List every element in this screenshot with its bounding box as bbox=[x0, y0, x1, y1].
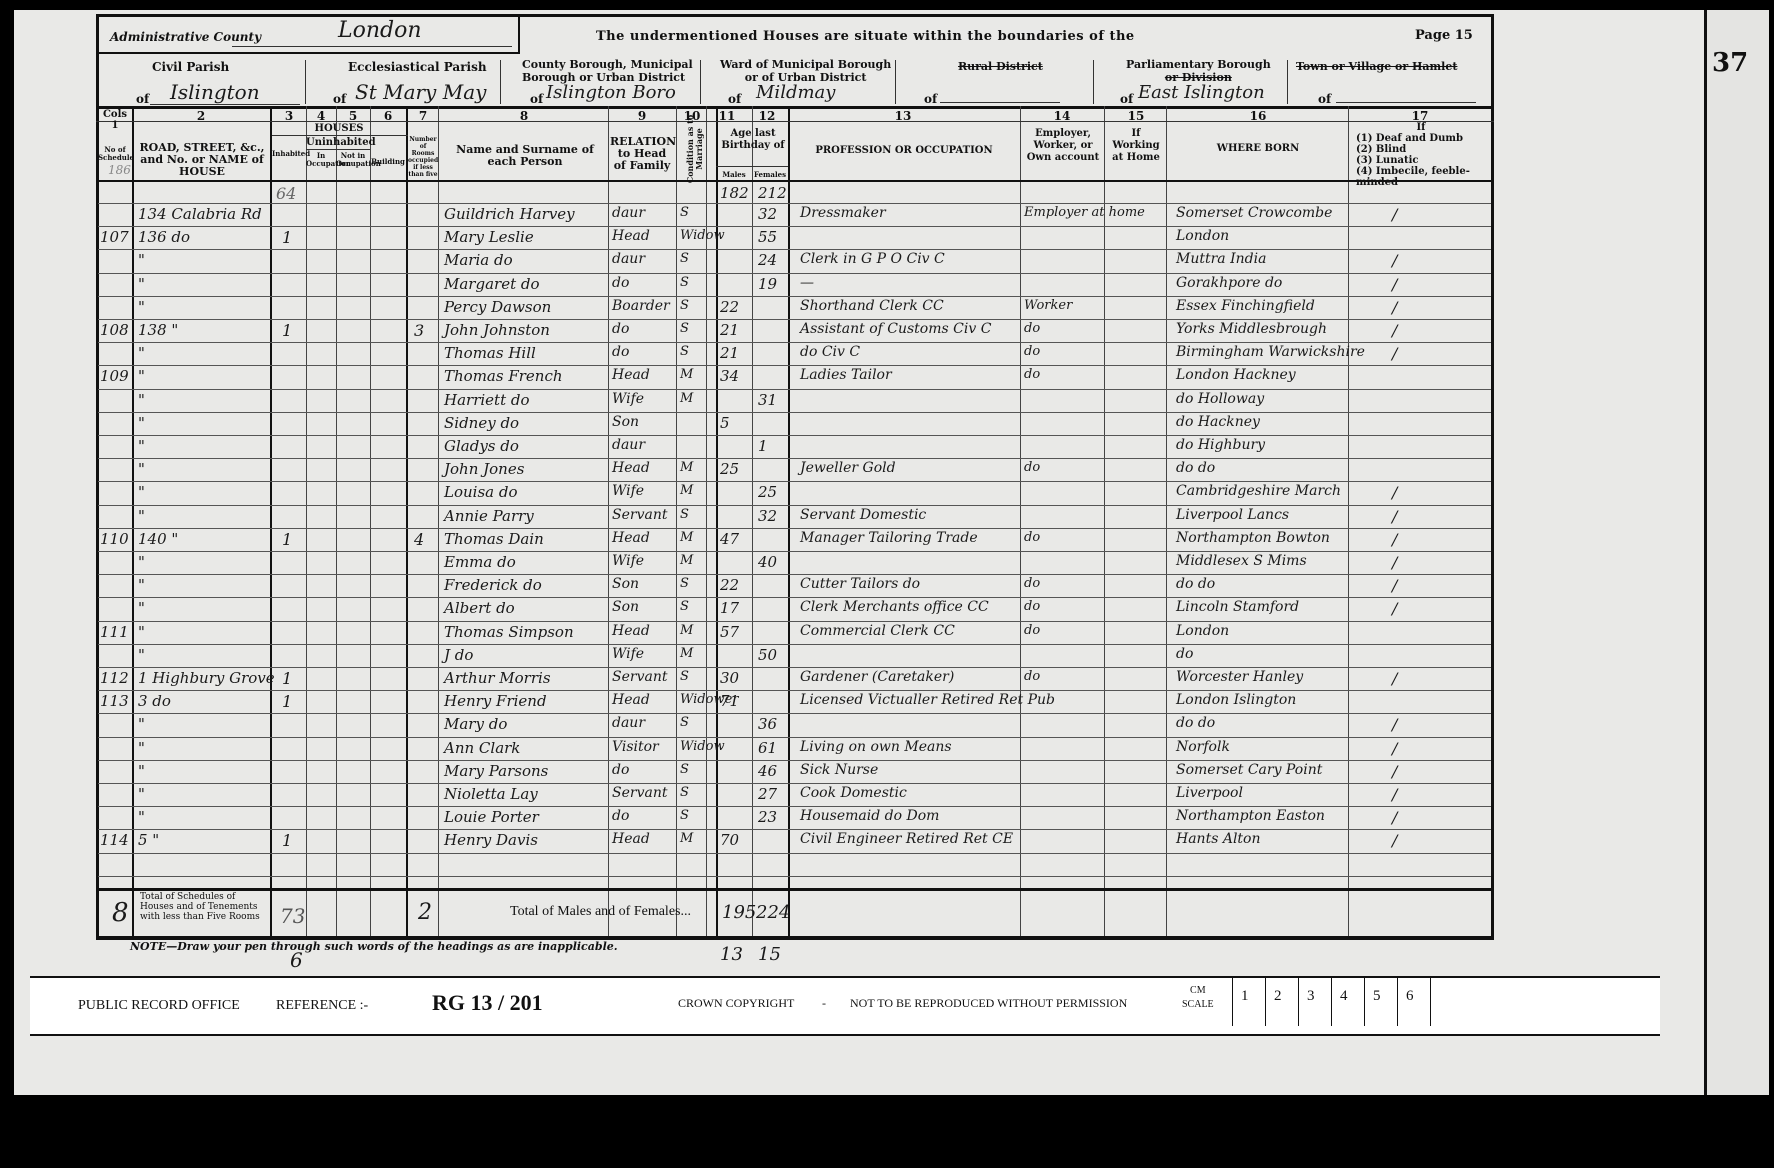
carry-females: 212 bbox=[758, 184, 787, 202]
houses-rule bbox=[272, 135, 408, 136]
infirmity-mark: / bbox=[1392, 483, 1397, 502]
name-cell: Percy Dawson bbox=[444, 298, 551, 316]
folio-number: 37 bbox=[1712, 48, 1748, 78]
occupation-cell: do Civ C bbox=[800, 344, 860, 360]
infirmity-mark: / bbox=[1392, 599, 1397, 618]
females-age-cell: 25 bbox=[758, 483, 777, 501]
header-divider-5 bbox=[1093, 60, 1094, 104]
birthplace-cell: Hants Alton bbox=[1176, 831, 1261, 847]
infirmity-2: (2) Blind bbox=[1356, 144, 1486, 155]
relation-cell: Son bbox=[612, 599, 639, 615]
colnum-7: 7 bbox=[408, 109, 438, 123]
condition-cell: M bbox=[680, 623, 693, 638]
infirmity-mark: / bbox=[1392, 576, 1397, 595]
employer-cell: Worker bbox=[1024, 298, 1072, 313]
road-cell: " bbox=[138, 762, 145, 780]
row-divider bbox=[98, 690, 1491, 691]
birthplace-cell: London Islington bbox=[1176, 692, 1296, 708]
occupation-cell: — bbox=[800, 275, 814, 291]
row-divider bbox=[98, 505, 1491, 506]
birthplace-cell: Liverpool Lancs bbox=[1176, 507, 1289, 523]
road-cell: " bbox=[138, 367, 145, 385]
relation-cell: Wife bbox=[612, 553, 644, 569]
road-cell: " bbox=[138, 298, 145, 316]
inhabited-cell: 1 bbox=[282, 692, 292, 711]
town-label: Town or Village or Hamlet bbox=[1296, 60, 1457, 73]
colnum-14: 14 bbox=[1020, 109, 1104, 123]
schedule-number: 108 bbox=[100, 321, 129, 339]
road-cell: " bbox=[138, 507, 145, 525]
condition-cell: M bbox=[680, 530, 693, 545]
row-divider bbox=[98, 226, 1491, 227]
row-divider bbox=[98, 342, 1491, 343]
relation-cell: do bbox=[612, 344, 629, 360]
occupation-cell: Ladies Tailor bbox=[800, 367, 892, 383]
males-age-cell: 21 bbox=[720, 344, 739, 362]
infirmity-mark: / bbox=[1392, 715, 1397, 734]
archive-footer: PUBLIC RECORD OFFICE REFERENCE :- RG 13 … bbox=[30, 976, 1660, 1036]
name-cell: J do bbox=[444, 646, 473, 664]
road-cell: " bbox=[138, 739, 145, 757]
occupation-cell: Gardener (Caretaker) bbox=[800, 669, 954, 685]
employer-cell: do bbox=[1024, 530, 1040, 545]
name-cell: Thomas Simpson bbox=[444, 623, 574, 641]
males-age-cell: 22 bbox=[720, 298, 739, 316]
name-cell: Frederick do bbox=[444, 576, 542, 594]
column-divider bbox=[1020, 106, 1021, 940]
condition-cell: S bbox=[680, 507, 689, 522]
age-rule bbox=[716, 166, 788, 167]
birthplace-cell: do do bbox=[1176, 460, 1215, 476]
occupation-cell: Servant Domestic bbox=[800, 507, 926, 523]
road-cell: 134 Calabria Rd bbox=[138, 205, 262, 223]
header-relation: RELATION to Head of Family bbox=[610, 136, 674, 172]
infirmity-mark: / bbox=[1392, 251, 1397, 270]
employer-cell: do bbox=[1024, 344, 1040, 359]
civil-parish-label: Civil Parish bbox=[152, 60, 229, 74]
admin-county-underline bbox=[232, 46, 512, 47]
females-age-cell: 36 bbox=[758, 715, 777, 733]
header-schedule: No of Schedule bbox=[98, 146, 132, 162]
birthplace-cell: Gorakhpore do bbox=[1176, 275, 1282, 291]
borough-label: County Borough, Municipal Borough or Urb… bbox=[522, 58, 693, 84]
civil-parish-of: of bbox=[136, 92, 149, 106]
eccl-parish-of: of bbox=[333, 92, 346, 106]
header-not-in-occupation: Not in Occupation bbox=[336, 152, 370, 168]
infirmity-mark: / bbox=[1392, 530, 1397, 549]
infirmity-3: (3) Lunatic bbox=[1356, 155, 1486, 166]
condition-cell: M bbox=[680, 483, 693, 498]
males-age-cell: 17 bbox=[720, 599, 739, 617]
condition-cell: M bbox=[680, 391, 693, 406]
birthplace-cell: do bbox=[1176, 646, 1193, 662]
road-cell: " bbox=[138, 808, 145, 826]
footer-office: PUBLIC RECORD OFFICE bbox=[78, 998, 240, 1014]
males-age-cell: 25 bbox=[720, 460, 739, 478]
colnum-13: 13 bbox=[788, 109, 1018, 123]
inhabited-cell: 1 bbox=[282, 669, 292, 688]
birthplace-cell: London bbox=[1176, 228, 1229, 244]
column-divider bbox=[306, 106, 307, 940]
schedule-number: 111 bbox=[100, 623, 129, 641]
footer-scale-word: SCALE bbox=[1182, 998, 1214, 1012]
relation-cell: Head bbox=[612, 460, 650, 476]
condition-cell: S bbox=[680, 251, 689, 266]
females-age-cell: 32 bbox=[758, 205, 777, 223]
condition-cell: S bbox=[680, 576, 689, 591]
infirmity-mark: / bbox=[1392, 205, 1397, 224]
name-cell: Maria do bbox=[444, 251, 513, 269]
name-cell: John Johnston bbox=[444, 321, 550, 339]
infirmity-mark: / bbox=[1392, 762, 1397, 781]
form-right-border bbox=[1491, 14, 1494, 940]
relation-cell: Head bbox=[612, 692, 650, 708]
infirmity-mark: / bbox=[1392, 831, 1397, 850]
colnum-6: 6 bbox=[370, 109, 406, 123]
condition-cell: S bbox=[680, 344, 689, 359]
birthplace-cell: Liverpool bbox=[1176, 785, 1243, 801]
rural-district-underline bbox=[940, 102, 1060, 103]
road-cell: " bbox=[138, 623, 145, 641]
schedule-number: 112 bbox=[100, 669, 129, 687]
header-at-home: If Working at Home bbox=[1108, 128, 1164, 164]
carry-schedule: 186 bbox=[108, 163, 131, 177]
totals-females: 224 bbox=[756, 902, 790, 923]
row-divider bbox=[98, 806, 1491, 807]
road-cell: " bbox=[138, 553, 145, 571]
totals-rooms: 2 bbox=[418, 900, 432, 925]
road-cell: " bbox=[138, 715, 145, 733]
road-cell: 136 do bbox=[138, 228, 190, 246]
birthplace-cell: Somerset Crowcombe bbox=[1176, 205, 1332, 221]
below-inhabited: 6 bbox=[290, 948, 303, 972]
column-divider bbox=[676, 106, 677, 940]
ward-label: Ward of Municipal Borough or of Urban Di… bbox=[720, 58, 891, 84]
name-cell: Thomas Hill bbox=[444, 344, 536, 362]
condition-cell: S bbox=[680, 785, 689, 800]
road-cell: " bbox=[138, 344, 145, 362]
column-divider bbox=[1348, 106, 1349, 940]
colnum-12: 12 bbox=[752, 109, 782, 123]
ward-of: of bbox=[728, 92, 741, 106]
females-age-cell: 31 bbox=[758, 391, 777, 409]
relation-cell: Head bbox=[612, 367, 650, 383]
road-cell: " bbox=[138, 646, 145, 664]
occupation-cell: Cook Domestic bbox=[800, 785, 907, 801]
eccl-parish-label: Ecclesiastical Parish bbox=[348, 60, 487, 74]
employer-cell: do bbox=[1024, 321, 1040, 336]
birthplace-cell: Northampton Easton bbox=[1176, 808, 1325, 824]
females-age-cell: 24 bbox=[758, 251, 777, 269]
schedule-number: 107 bbox=[100, 228, 129, 246]
males-age-cell: 70 bbox=[720, 831, 739, 849]
relation-cell: Wife bbox=[612, 646, 644, 662]
town-underline bbox=[1336, 102, 1476, 103]
name-cell: Thomas French bbox=[444, 367, 563, 385]
females-age-cell: 61 bbox=[758, 739, 777, 757]
footer-dash: - bbox=[822, 996, 826, 1011]
row-divider bbox=[98, 783, 1491, 784]
occupation-cell: Sick Nurse bbox=[800, 762, 878, 778]
admin-county-label: Administrative County bbox=[110, 30, 261, 44]
row-divider bbox=[98, 528, 1491, 529]
colnum-17: 17 bbox=[1350, 109, 1490, 123]
page-label-text: Page bbox=[1415, 28, 1450, 43]
relation-cell: daur bbox=[612, 437, 645, 453]
column-divider bbox=[336, 106, 337, 940]
infirmity-4: (4) Imbecile, feeble-minded bbox=[1356, 166, 1486, 188]
carry-inhabited: 64 bbox=[276, 184, 296, 203]
males-age-cell: 22 bbox=[720, 576, 739, 594]
carry-males: 182 bbox=[720, 184, 749, 202]
column-divider bbox=[608, 106, 609, 940]
header-divider-6 bbox=[1287, 60, 1288, 104]
colnum-9: 9 bbox=[608, 109, 676, 123]
town-of: of bbox=[1318, 92, 1331, 106]
occupation-cell: Assistant of Customs Civ C bbox=[800, 321, 991, 337]
relation-cell: Servant bbox=[612, 669, 667, 685]
relation-cell: do bbox=[612, 275, 629, 291]
footer-scale-label: CM SCALE bbox=[1182, 984, 1214, 1012]
name-cell: Louisa do bbox=[444, 483, 518, 501]
birthplace-cell: Northampton Bowton bbox=[1176, 530, 1330, 546]
row-divider bbox=[98, 435, 1491, 436]
parliamentary-label-line1: Parliamentary Borough bbox=[1126, 58, 1271, 71]
borough-of: of bbox=[530, 92, 543, 106]
infirmity-mark: / bbox=[1392, 298, 1397, 317]
relation-cell: Head bbox=[612, 228, 650, 244]
row-divider bbox=[98, 296, 1491, 297]
uninhabited-rule bbox=[306, 149, 370, 150]
name-cell: Albert do bbox=[444, 599, 515, 617]
row-divider bbox=[98, 481, 1491, 482]
condition-cell: Widow bbox=[680, 739, 725, 754]
road-cell: " bbox=[138, 483, 145, 501]
employer-cell: do bbox=[1024, 669, 1040, 684]
relation-cell: Servant bbox=[612, 507, 667, 523]
condition-cell: S bbox=[680, 599, 689, 614]
column-divider bbox=[752, 106, 753, 940]
occupation-cell: Licensed Victualler Retired Ret Pub bbox=[800, 692, 1055, 708]
condition-cell: M bbox=[680, 553, 693, 568]
row-divider bbox=[98, 203, 1491, 204]
road-cell: 3 do bbox=[138, 692, 171, 710]
females-age-cell: 1 bbox=[758, 437, 768, 455]
infirmity-if: If bbox=[1356, 122, 1486, 133]
employer-cell: do bbox=[1024, 460, 1040, 475]
females-age-cell: 23 bbox=[758, 808, 777, 826]
totals-males-females-label: Total of Males and of Females... bbox=[510, 904, 691, 920]
occupation-cell: Commercial Clerk CC bbox=[800, 623, 955, 639]
row-divider bbox=[98, 574, 1491, 575]
name-cell: Arthur Morris bbox=[444, 669, 551, 687]
name-cell: Henry Friend bbox=[444, 692, 547, 710]
name-cell: John Jones bbox=[444, 460, 524, 478]
column-divider bbox=[406, 106, 408, 940]
row-divider bbox=[98, 458, 1491, 459]
colnum-4: 4 bbox=[306, 109, 336, 123]
footer-scale-cm: CM bbox=[1182, 984, 1214, 998]
page-number: 15 bbox=[1455, 28, 1473, 43]
males-age-cell: 47 bbox=[720, 530, 739, 548]
schedule-number: 114 bbox=[100, 831, 129, 849]
row-divider bbox=[98, 412, 1491, 413]
header-divider-2 bbox=[500, 60, 501, 104]
header-condition: Condition as to Marriage bbox=[686, 114, 704, 184]
row-divider bbox=[98, 644, 1491, 645]
relation-cell: Son bbox=[612, 576, 639, 592]
footer-reference-label: REFERENCE :- bbox=[276, 998, 368, 1014]
inhabited-cell: 1 bbox=[282, 831, 292, 850]
birthplace-cell: Middlesex S Mims bbox=[1176, 553, 1307, 569]
road-cell: " bbox=[138, 391, 145, 409]
birthplace-cell: Cambridgeshire March bbox=[1176, 483, 1341, 499]
colnum-5: 5 bbox=[336, 109, 370, 123]
page-edge-strip bbox=[1704, 10, 1769, 1095]
occupation-cell: Housemaid do Dom bbox=[800, 808, 939, 824]
parliamentary-label: Parliamentary Borough or Division bbox=[1126, 58, 1271, 84]
column-divider bbox=[1166, 106, 1167, 940]
row-divider bbox=[98, 273, 1491, 274]
note: NOTE—Draw your pen through such words of… bbox=[130, 940, 618, 953]
occupation-cell: Clerk in G P O Civ C bbox=[800, 251, 945, 267]
employer-cell: do bbox=[1024, 623, 1040, 638]
occupation-cell: Jeweller Gold bbox=[800, 460, 896, 476]
eccl-parish-value: St Mary May bbox=[355, 80, 486, 104]
condition-cell: Widow bbox=[680, 228, 725, 243]
schedule-number: 113 bbox=[100, 692, 129, 710]
inhabited-cell: 1 bbox=[282, 321, 292, 340]
name-cell: Gladys do bbox=[444, 437, 519, 455]
borough-value: Islington Boro bbox=[546, 82, 676, 103]
rooms-cell: 4 bbox=[414, 530, 424, 549]
name-cell: Sidney do bbox=[444, 414, 519, 432]
civil-parish-value: Islington bbox=[170, 80, 260, 104]
females-age-cell: 19 bbox=[758, 275, 777, 293]
rural-district-of: of bbox=[924, 92, 937, 106]
birthplace-cell: Birmingham Warwickshire bbox=[1176, 344, 1365, 360]
birthplace-cell: Lincoln Stamford bbox=[1176, 599, 1299, 615]
condition-cell: S bbox=[680, 275, 689, 290]
occupation-cell: Manager Tailoring Trade bbox=[800, 530, 978, 546]
road-cell: " bbox=[138, 251, 145, 269]
row-divider bbox=[98, 760, 1491, 761]
ward-label-line1: Ward of Municipal Borough bbox=[720, 58, 891, 71]
row-divider bbox=[98, 829, 1491, 830]
males-age-cell: 30 bbox=[720, 669, 739, 687]
birthplace-cell: do do bbox=[1176, 715, 1215, 731]
row-divider bbox=[98, 713, 1491, 714]
header-divider-3 bbox=[700, 60, 701, 104]
females-age-cell: 32 bbox=[758, 507, 777, 525]
inhabited-cell: 1 bbox=[282, 228, 292, 247]
relation-cell: do bbox=[612, 762, 629, 778]
name-cell: Annie Parry bbox=[444, 507, 534, 525]
totals-schedules-label: Total of Schedules of Houses and of Tene… bbox=[140, 892, 270, 922]
row-divider bbox=[98, 597, 1491, 598]
schedule-number: 109 bbox=[100, 367, 129, 385]
header-females: Females bbox=[752, 169, 788, 181]
females-age-cell: 55 bbox=[758, 228, 777, 246]
infirmity-1: (1) Deaf and Dumb bbox=[1356, 133, 1486, 144]
birthplace-cell: do Holloway bbox=[1176, 391, 1264, 407]
name-cell: Henry Davis bbox=[444, 831, 538, 849]
condition-cell: M bbox=[680, 460, 693, 475]
header-employer: Employer, Worker, or Own account bbox=[1022, 128, 1104, 164]
occupation-cell: Clerk Merchants office CC bbox=[800, 599, 989, 615]
birthplace-cell: Essex Finchingfield bbox=[1176, 298, 1315, 314]
colnum-16: 16 bbox=[1168, 109, 1348, 123]
birthplace-cell: London Hackney bbox=[1176, 367, 1296, 383]
relation-cell: do bbox=[612, 808, 629, 824]
name-cell: Mary do bbox=[444, 715, 507, 733]
relation-cell: Wife bbox=[612, 391, 644, 407]
condition-cell: M bbox=[680, 646, 693, 661]
condition-cell: S bbox=[680, 205, 689, 220]
column-divider bbox=[270, 106, 272, 940]
birthplace-cell: Worcester Hanley bbox=[1176, 669, 1303, 685]
row-divider bbox=[98, 249, 1491, 250]
relation-cell: do bbox=[612, 321, 629, 337]
relation-cell: daur bbox=[612, 251, 645, 267]
row-divider bbox=[98, 667, 1491, 668]
condition-cell: S bbox=[680, 669, 689, 684]
header-intro: The undermentioned Houses are situate wi… bbox=[596, 29, 1135, 44]
row-divider bbox=[98, 876, 1491, 877]
below-males: 13 bbox=[720, 944, 743, 965]
header-name: Name and Surname of each Person bbox=[450, 144, 600, 168]
town-label-text: Town or Village or Hamlet bbox=[1296, 60, 1457, 73]
occupation-cell: Living on own Means bbox=[800, 739, 952, 755]
column-divider bbox=[788, 106, 790, 940]
name-cell: Emma do bbox=[444, 553, 516, 571]
infirmity-mark: / bbox=[1392, 321, 1397, 340]
totals-top-rule bbox=[96, 888, 1494, 891]
row-divider bbox=[98, 365, 1491, 366]
civil-parish-underline bbox=[150, 104, 300, 105]
name-cell: Nioletta Lay bbox=[444, 785, 538, 803]
relation-cell: Boarder bbox=[612, 298, 670, 314]
header-in-occupation: In Occupation bbox=[306, 152, 336, 168]
females-age-cell: 46 bbox=[758, 762, 777, 780]
page-label: Page 15 bbox=[1415, 28, 1473, 43]
birthplace-cell: Muttra India bbox=[1176, 251, 1266, 267]
totals-schedules: 8 bbox=[112, 898, 129, 928]
employer-cell: do bbox=[1024, 367, 1040, 382]
colnum-1: Cols 1 bbox=[98, 109, 132, 131]
row-divider bbox=[98, 853, 1491, 854]
totals-males: 195 bbox=[722, 902, 756, 923]
infirmity-mark: / bbox=[1392, 344, 1397, 363]
road-cell: 5 " bbox=[138, 831, 159, 849]
females-age-cell: 40 bbox=[758, 553, 777, 571]
header-where-born: WHERE BORN bbox=[1170, 143, 1346, 155]
infirmity-mark: / bbox=[1392, 739, 1397, 758]
footer-reference: RG 13 / 201 bbox=[432, 990, 543, 1016]
condition-cell: M bbox=[680, 367, 693, 382]
road-cell: " bbox=[138, 785, 145, 803]
birthplace-cell: Somerset Cary Point bbox=[1176, 762, 1322, 778]
ward-value: Mildmay bbox=[756, 82, 835, 103]
relation-cell: Head bbox=[612, 530, 650, 546]
relation-cell: Head bbox=[612, 623, 650, 639]
header-rooms: Number of Rooms occupied if less than fi… bbox=[408, 136, 438, 178]
header-age: Age last Birthday of bbox=[718, 128, 788, 152]
relation-cell: Wife bbox=[612, 483, 644, 499]
condition-cell: S bbox=[680, 808, 689, 823]
road-cell: " bbox=[138, 576, 145, 594]
road-cell: 140 " bbox=[138, 530, 178, 548]
